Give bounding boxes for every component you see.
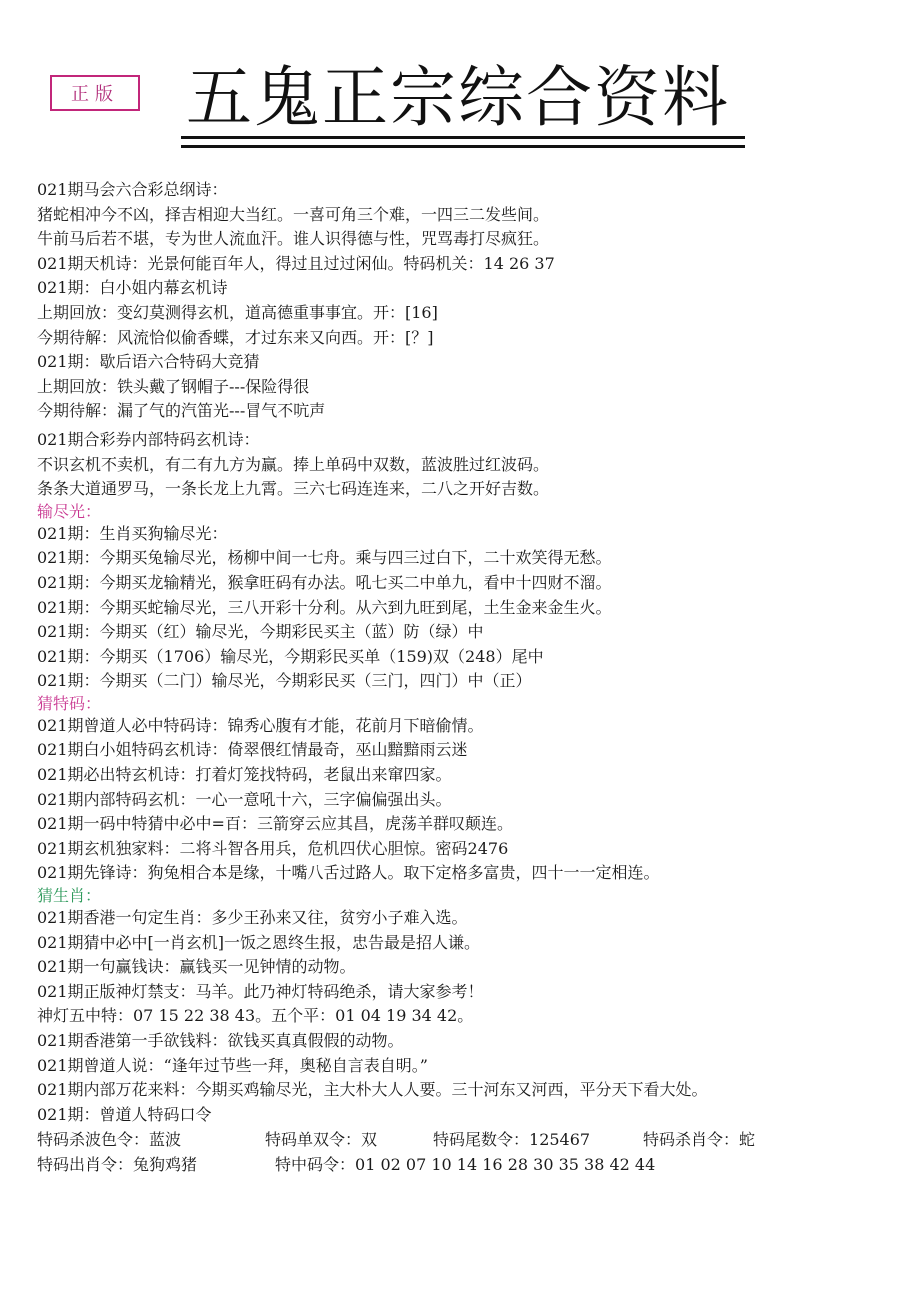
text-line: 今期待解：漏了气的汽笛光---冒气不吭声 [37, 399, 897, 424]
section-lose-all: 输尽光： 021期：生肖买狗输尽光： 021期：今期买兔输尽光，杨柳中间一七舟。… [37, 502, 897, 694]
command-label: 特码尾数令： [433, 1127, 529, 1152]
text-line: 021期香港一句定生肖：多少王孙来又往，贫穷小子难入选。 [37, 906, 897, 931]
text-line: 牛前马后若不堪，专为世人流血汗。谁人识得德与性，咒骂毒打尽疯狂。 [37, 227, 897, 252]
page-title: 五鬼正宗综合资料 [186, 60, 746, 136]
command-row: 特码出肖令：兔狗鸡猪 特中码令：01 02 07 10 14 16 28 30 … [37, 1152, 897, 1177]
text-line: 021期内部万花来料：今期买鸡输尽光，主大朴大人人要。三十河东又河西，平分天下看… [37, 1078, 897, 1103]
text-line: 021期一码中特猜中必中=百：三箭穿云应其昌，虎荡羊群叹颠连。 [37, 812, 897, 837]
text-line: 021期正版神灯禁支：马羊。此乃神灯特码绝杀，请大家参考！ [37, 980, 897, 1005]
command-value: 双 [361, 1127, 377, 1152]
text-line: 021期：歇后语六合特码大竞猜 [37, 350, 897, 375]
text-line: 021期：今期买（1706）输尽光，今期彩民买单（159)双（248）尾中 [37, 645, 897, 670]
text-line: 021期：白小姐内幕玄机诗 [37, 276, 897, 301]
text-line: 021期猜中必中[一肖玄机]一饭之恩终生报，忠告最是招人谦。 [37, 931, 897, 956]
text-line: 今期待解：风流恰似偷香蝶，才过东来又向西。开：[？] [37, 326, 897, 351]
command-item: 特码单双令：双 [265, 1127, 433, 1152]
text-line: 021期：今期买（二门）输尽光，今期彩民买（三门，四门）中（正） [37, 669, 897, 694]
text-line: 021期玄机独家料：二将斗智各用兵，危机四伏心胆惊。密码2476 [37, 837, 897, 862]
text-line: 神灯五中特：07 15 22 38 43。五个平：01 04 19 34 42。 [37, 1004, 897, 1029]
section-guess-zodiac: 猜生肖： 021期香港一句定生肖：多少王孙来又往，贫穷小子难入选。 021期猜中… [37, 886, 897, 1127]
badge-label: 正版 [71, 80, 119, 106]
text-line: 021期合彩券内部特码玄机诗： [37, 428, 897, 453]
command-label: 特码出肖令： [37, 1152, 133, 1177]
command-value: 蛇 [739, 1127, 755, 1152]
official-version-badge: 正版 [50, 75, 140, 111]
text-line: 不识玄机不卖机，有二有九方为赢。捧上单码中双数，蓝波胜过红波码。 [37, 453, 897, 478]
section-heading: 输尽光： [37, 502, 897, 522]
command-item: 特中码令：01 02 07 10 14 16 28 30 35 38 42 44 [275, 1152, 655, 1177]
text-line: 021期：今期买龙输精光，猴拿旺码有办法。吼七买二中单九，看中十四财不溜。 [37, 571, 897, 596]
command-label: 特码单双令： [265, 1127, 361, 1152]
section-guess-special-number: 猜特码： 021期曾道人必中特码诗：锦秀心腹有才能，花前月下暗偷情。 021期白… [37, 694, 897, 886]
section-heading: 猜生肖： [37, 886, 897, 906]
command-label: 特码杀波色令： [37, 1127, 149, 1152]
text-line: 021期马会六合彩总纲诗： [37, 178, 897, 203]
text-line: 上期回放：铁头戴了钢帽子---保险得很 [37, 375, 897, 400]
document-body: 021期马会六合彩总纲诗： 猪蛇相冲今不凶，择吉相迎大当红。一喜可角三个难，一四… [37, 178, 897, 1177]
command-label: 特码杀肖令： [643, 1127, 739, 1152]
text-line: 021期曾道人必中特码诗：锦秀心腹有才能，花前月下暗偷情。 [37, 714, 897, 739]
text-line: 021期先锋诗：狗兔相合本是缘，十嘴八舌过路人。取下定格多富贵，四十一一定相连。 [37, 861, 897, 886]
command-label: 特中码令： [275, 1152, 355, 1177]
command-value: 蓝波 [149, 1127, 181, 1152]
command-value: 125467 [529, 1127, 590, 1152]
text-line: 021期：今期买蛇输尽光，三八开彩十分利。从六到九旺到尾，土生金来金生火。 [37, 596, 897, 621]
text-line: 021期内部特码玄机：一心一意吼十六，三字偏偏强出头。 [37, 788, 897, 813]
text-line: 021期曾道人说：“逢年过节些一拜，奥秘自言表自明。” [37, 1054, 897, 1079]
text-line: 猪蛇相冲今不凶，择吉相迎大当红。一喜可角三个难，一四三二发些间。 [37, 203, 897, 228]
text-line: 021期必出特玄机诗：打着灯笼找特码，老鼠出来窜四家。 [37, 763, 897, 788]
text-line: 021期：生肖买狗输尽光： [37, 522, 897, 547]
text-line: 021期天机诗：光景何能百年人，得过且过过闲仙。特码机关：14 26 37 [37, 252, 897, 277]
command-item: 特码杀波色令：蓝波 [37, 1127, 265, 1152]
title-underline-thick [181, 136, 745, 139]
intro-block: 021期马会六合彩总纲诗： 猪蛇相冲今不凶，择吉相迎大当红。一喜可角三个难，一四… [37, 178, 897, 502]
text-line: 021期香港第一手欲钱料：欲钱买真真假假的动物。 [37, 1029, 897, 1054]
command-row: 特码杀波色令：蓝波 特码单双令：双 特码尾数令：125467 特码杀肖令：蛇 [37, 1127, 897, 1152]
text-line: 021期：今期买兔输尽光，杨柳中间一七舟。乘与四三过白下，二十欢笑得无愁。 [37, 546, 897, 571]
command-item: 特码尾数令：125467 [433, 1127, 643, 1152]
text-line: 021期一句赢钱诀：赢钱买一见钟情的动物。 [37, 955, 897, 980]
command-item: 特码杀肖令：蛇 [643, 1127, 755, 1152]
text-line: 021期：曾道人特码口令 [37, 1103, 897, 1128]
text-line: 上期回放：变幻莫测得玄机，道高德重事事宜。开：[16] [37, 301, 897, 326]
title-underline-thin [181, 145, 745, 148]
text-line: 条条大道通罗马，一条长龙上九霄。三六七码连连来，二八之开好吉数。 [37, 477, 897, 502]
command-item: 特码出肖令：兔狗鸡猪 [37, 1152, 275, 1177]
text-line: 021期：今期买（红）输尽光，今期彩民买主（蓝）防（绿）中 [37, 620, 897, 645]
section-heading: 猜特码： [37, 694, 897, 714]
command-value: 01 02 07 10 14 16 28 30 35 38 42 44 [355, 1152, 655, 1177]
command-value: 兔狗鸡猪 [133, 1152, 197, 1177]
text-line: 021期白小姐特码玄机诗：倚翠偎红情最奇，巫山黯黯雨云迷 [37, 738, 897, 763]
command-block: 特码杀波色令：蓝波 特码单双令：双 特码尾数令：125467 特码杀肖令：蛇 特… [37, 1127, 897, 1177]
